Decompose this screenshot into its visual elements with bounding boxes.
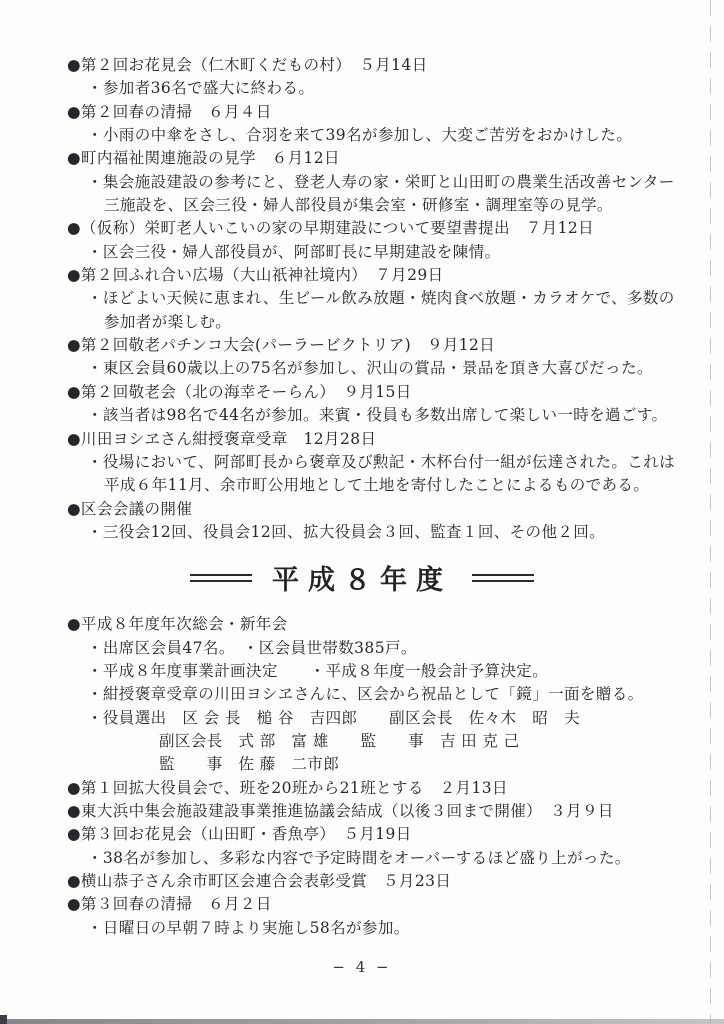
text-line: ・三役会12回、役員会12回、拡大役員会３回、監査１回、その他２回。 — [0, 521, 724, 544]
text-line: ・区会三役・婦人部役員が、阿部町長に早期建設を陳情。 — [0, 241, 724, 264]
page-number: − 4 − — [0, 958, 724, 976]
section-fiscal-year-1996: ●平成８年度年次総会・新年会・出席区会員47名。 ・区会員世帯数385戸。・平成… — [0, 613, 724, 940]
text-line: ●第３回お花見会（山田町・香魚亭） ５月19日 — [0, 823, 724, 846]
text-line: ・紺授褒章受章の川田ヨシヱさんに、区会から祝品として「鏡」一面を贈る。 — [0, 683, 724, 706]
scan-corner-mark — [0, 1015, 7, 1024]
heading-rule-right-icon — [472, 574, 534, 582]
heading-rule-left-icon — [190, 574, 252, 582]
text-line: ●東大浜中集会施設建設事業推進協議会結成（以後３回まで開催） ３月９日 — [0, 800, 724, 823]
scan-bottom-edge-shadow — [0, 1019, 724, 1024]
text-line: ●川田ヨシヱさん紺授褒章受章 12月28日 — [0, 428, 724, 451]
text-line: 監 事 佐 藤 二市郎 — [0, 753, 724, 776]
text-line: ●第２回敬老会（北の海幸そーらん） ９月15日 — [0, 381, 724, 404]
text-line: ・小雨の中傘をさし、合羽を来て39名が参加し、大変ご苦労をおかけした。 — [0, 124, 724, 147]
text-line: ●第３回春の清掃 ６月２日 — [0, 893, 724, 916]
text-line: 副区会長 式 部 富 雄 監 事 吉 田 克 己 — [0, 730, 724, 753]
text-line: ・集会施設建設の参考にと、登老人寿の家・栄町と山田町の農業生活改善センター — [0, 171, 724, 194]
text-line: ●第２回ふれ合い広場（大山祇神社境内） ７月29日 — [0, 264, 724, 287]
text-line: ・ほどよい天候に恵まれ、生ビール飲み放題・焼肉食べ放題・カラオケで、多数の — [0, 287, 724, 310]
text-line: ・出席区会員47名。 ・区会員世帯数385戸。 — [0, 637, 724, 660]
text-line: ・役場において、阿部町長から褒章及び勲記・木杯台付一組が伝達された。これは — [0, 451, 724, 474]
text-line: ●第２回春の清掃 ６月４日 — [0, 101, 724, 124]
text-line: ●町内福祉関連施設の見学 ６月12日 — [0, 147, 724, 170]
text-line: ●平成８年度年次総会・新年会 — [0, 613, 724, 636]
document-content: ●第２回お花見会（仁木町くだもの村） ５月14日・参加者36名で盛大に終わる。●… — [0, 54, 724, 976]
text-line: ・38名が参加し、多彩な内容で予定時間をオーバーするほど盛り上がった。 — [0, 847, 724, 870]
text-line: ・東区会員60歳以上の75名が参加し、沢山の賞品・景品を頂き大喜びだった。 — [0, 357, 724, 380]
text-line: ●横山恭子さん余市町区会連合会表彰受賞 ５月23日 — [0, 870, 724, 893]
text-line: ・役員選出 区 会 長 槌 谷 吉四郎 副区会長 佐々木 昭 夫 — [0, 707, 724, 730]
text-line: ・日曜日の早朝７時より実施し58名が参加。 — [0, 917, 724, 940]
text-line: 三施設を、区会三役・婦人部役員が集会室・研修室・調理室等の見学。 — [0, 194, 724, 217]
text-line: ・該当者は98名で44名が参加。来賓・役員も多数出席して楽しい一時を過ごす。 — [0, 404, 724, 427]
text-line: 平成６年11月、余市町公用地として土地を寄付したことによるものである。 — [0, 474, 724, 497]
text-line: 参加者が楽しむ。 — [0, 311, 724, 334]
text-line: ●（仮称）栄町老人いこいの家の早期建設について要望書提出 ７月12日 — [0, 217, 724, 240]
fiscal-year-heading: 平成８年度 — [0, 558, 724, 597]
text-line: ●第１回拡大役員会で、班を20班から21班とする ２月13日 — [0, 777, 724, 800]
text-line: ●第２回敬老パチンコ大会(パーラービクトリア) ９月12日 — [0, 334, 724, 357]
scanned-document-page: ●第２回お花見会（仁木町くだもの村） ５月14日・参加者36名で盛大に終わる。●… — [0, 0, 724, 1024]
text-line: ・参加者36名で盛大に終わる。 — [0, 77, 724, 100]
text-line: ・平成８年度事業計画決定 ・平成８年度一般会計予算決定。 — [0, 660, 724, 683]
section-fiscal-year-1995: ●第２回お花見会（仁木町くだもの村） ５月14日・参加者36名で盛大に終わる。●… — [0, 54, 724, 544]
text-line: ●区会会議の開催 — [0, 498, 724, 521]
scan-right-edge-line — [710, 0, 711, 1024]
fiscal-year-heading-text: 平成８年度 — [272, 558, 452, 597]
text-line: ●第２回お花見会（仁木町くだもの村） ５月14日 — [0, 54, 724, 77]
